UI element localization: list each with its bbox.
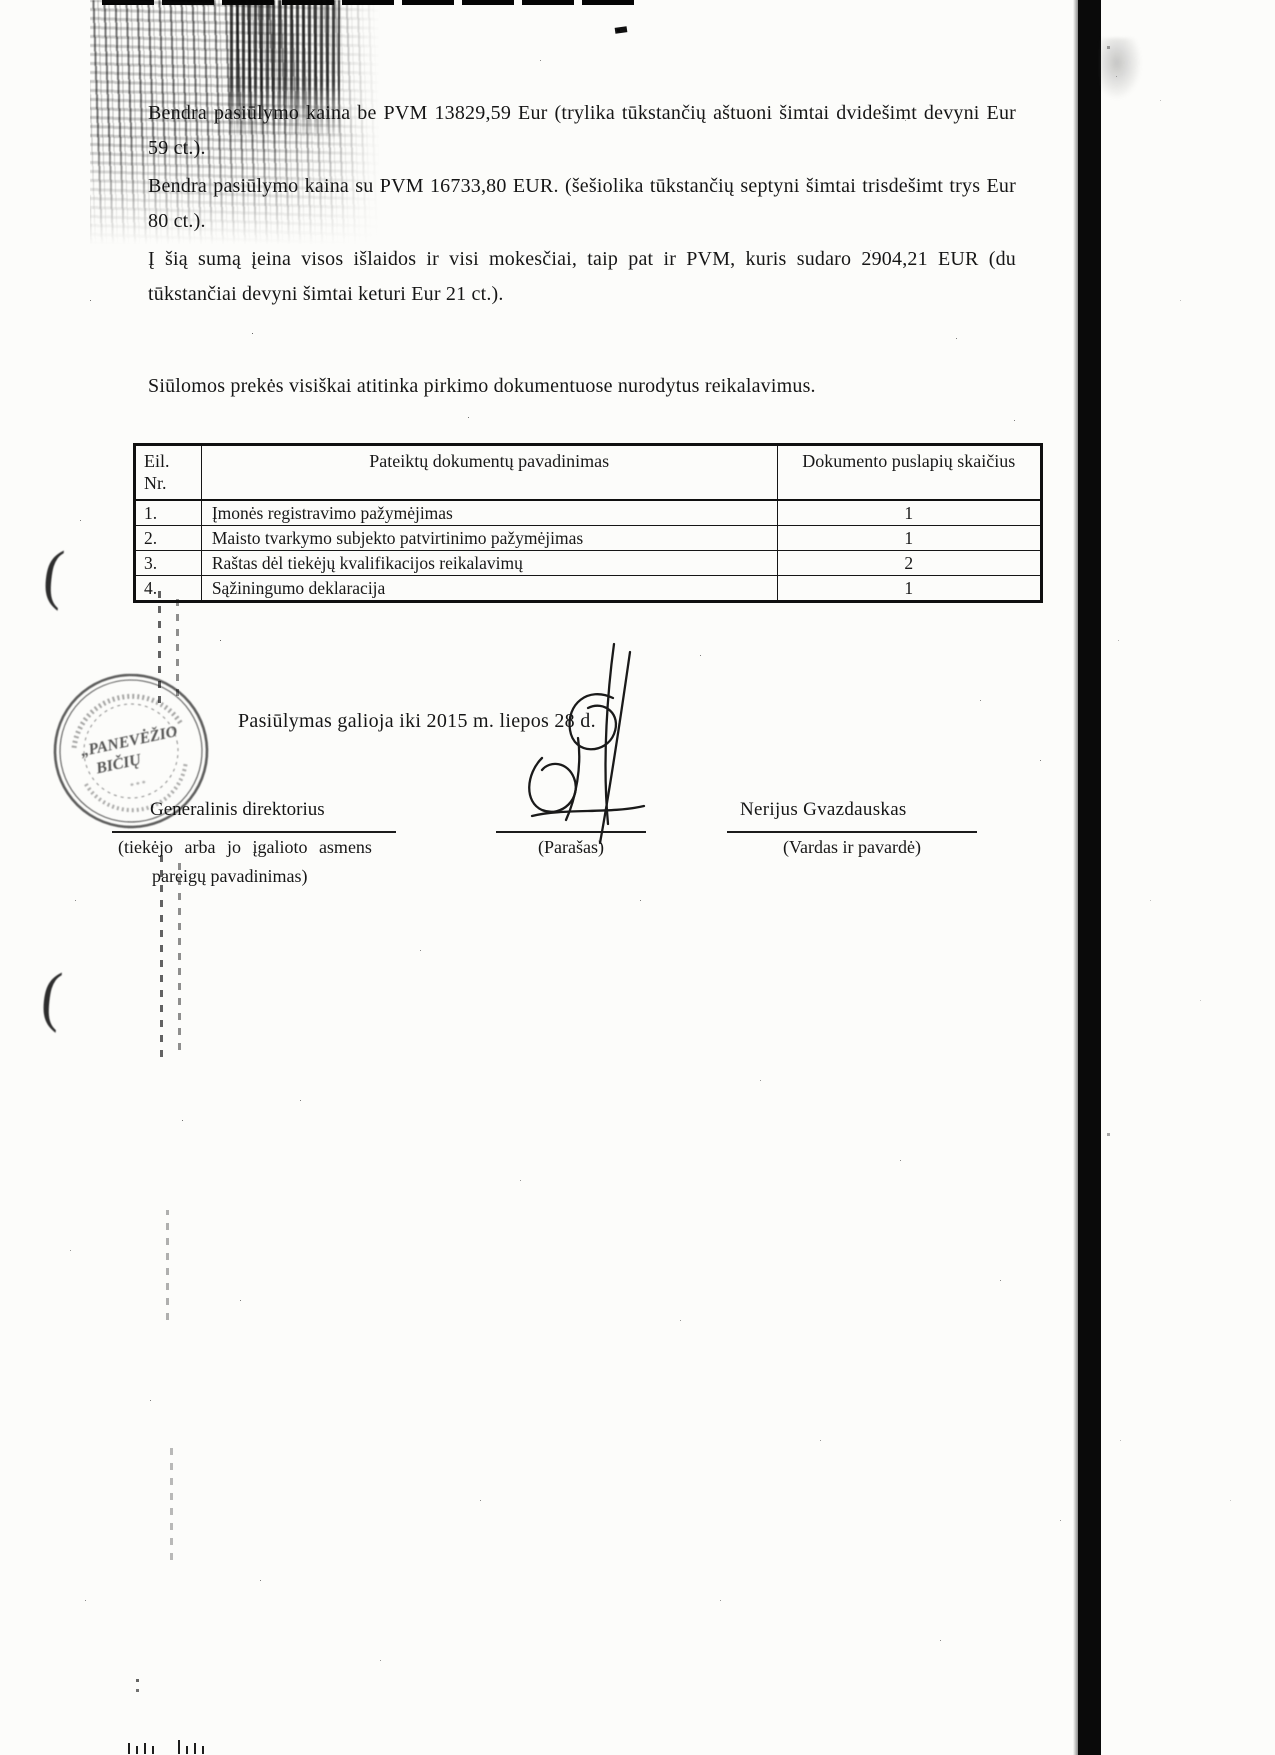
- paragraph-compliance: Siūlomos prekės visiškai atitinka pirkim…: [148, 369, 1048, 404]
- document-name: Raštas dėl tiekėjų kvalifikacijos reikal…: [201, 551, 777, 576]
- col-header-page-count: Dokumento puslapių skaičius: [777, 445, 1041, 501]
- signer-name: Nerijus Gvazdauskas: [740, 799, 907, 821]
- scanned-document-page: ( ( Bendra pasiūlymo kaina be PVM 13829,…: [0, 0, 1275, 1755]
- name-caption: (Vardas ir pavardė): [727, 837, 977, 858]
- row-number: 4.: [135, 576, 202, 602]
- document-name: Sąžiningumo deklaracija: [201, 576, 777, 602]
- scan-smudge: [1100, 38, 1142, 100]
- stamp-star-marks: * * *: [129, 779, 147, 791]
- scan-artifact-bracket: (: [38, 956, 65, 1035]
- table-header-row: Eil.Nr. Pateiktų dokumentų pavadinimas D…: [135, 445, 1042, 501]
- row-number: 1.: [135, 500, 202, 526]
- scan-edge-shadow: [1073, 0, 1078, 1755]
- document-name: Įmonės registravimo pažymėjimas: [201, 500, 777, 526]
- col-header-nr: Nr.: [144, 473, 167, 493]
- position-caption-line2: pareigų pavadinimas): [152, 866, 307, 887]
- scan-artifact-bracket: (: [40, 534, 67, 613]
- handwritten-signature: [518, 638, 658, 853]
- table-row: 2. Maisto tvarkymo subjekto patvirtinimo…: [135, 526, 1042, 551]
- page-count: 1: [777, 500, 1041, 526]
- scan-artifact-dash: [615, 26, 628, 34]
- page-count: 2: [777, 551, 1041, 576]
- signature-line-name: [727, 831, 977, 833]
- row-number: 3.: [135, 551, 202, 576]
- col-header-eil: Eil.: [144, 451, 170, 471]
- scan-streak: [178, 860, 181, 1050]
- table-row: 1. Įmonės registravimo pažymėjimas 1: [135, 500, 1042, 526]
- page-count: 1: [777, 526, 1041, 551]
- documents-table: Eil.Nr. Pateiktų dokumentų pavadinimas D…: [133, 443, 1043, 603]
- row-number: 2.: [135, 526, 202, 551]
- document-name: Maisto tvarkymo subjekto patvirtinimo pa…: [201, 526, 777, 551]
- scan-bottom-ticks: [128, 1736, 210, 1754]
- col-header-document-name: Pateiktų dokumentų pavadinimas: [201, 445, 777, 501]
- scan-streak: [170, 1440, 173, 1560]
- signature-line-position: [112, 831, 396, 833]
- scan-edge-black-bar: [1078, 0, 1101, 1755]
- paragraph-price-with-vat: Bendra pasiūlymo kaina su PVM 16733,80 E…: [148, 169, 1016, 239]
- paragraph-price-without-vat: Bendra pasiūlymo kaina be PVM 13829,59 E…: [148, 96, 1016, 166]
- paragraph-vat-amount: Į šią sumą įeina visos išlaidos ir visi …: [148, 242, 1016, 312]
- page-count: 1: [777, 576, 1041, 602]
- table-row: 3. Raštas dėl tiekėjų kvalifikacijos rei…: [135, 551, 1042, 576]
- scan-speckle-noise: [0, 0, 1, 1]
- scan-streak: [166, 1210, 169, 1320]
- position-caption-line1: (tiekėjo arba jo įgalioto asmens: [118, 837, 434, 858]
- table-row: 4. Sąžiningumo deklaracija 1: [135, 576, 1042, 602]
- company-stamp: „PANEVĖŽIO BIČIŲ * * *: [35, 655, 227, 847]
- col-header-eil-nr: Eil.Nr.: [135, 445, 202, 501]
